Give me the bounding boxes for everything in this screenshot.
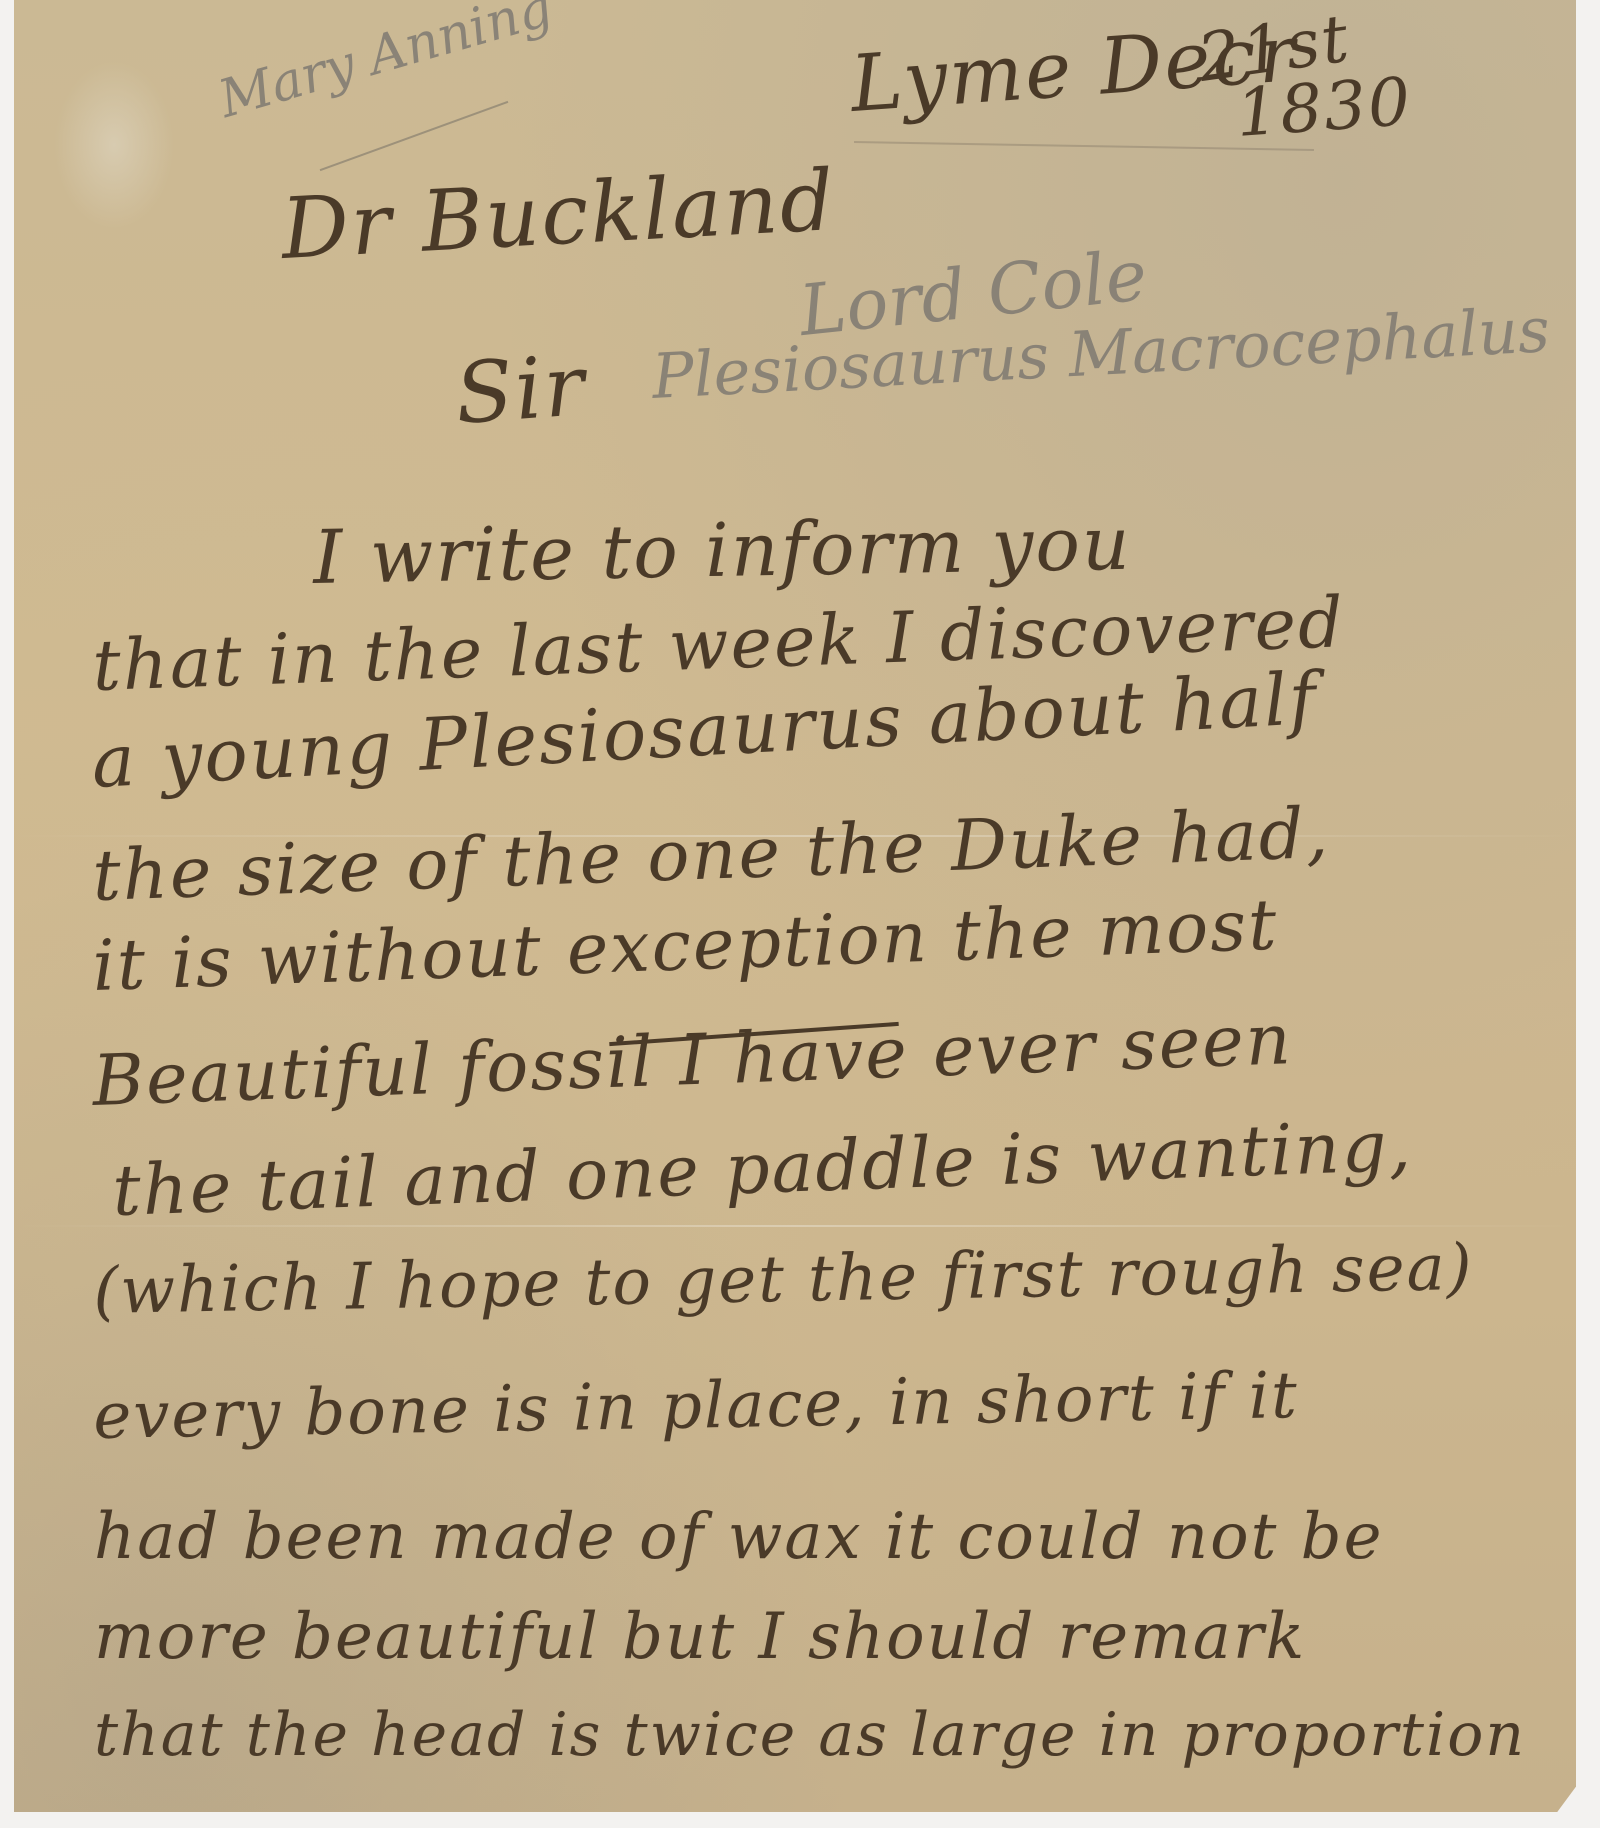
greeting: Sir: [452, 336, 589, 443]
body-line-12: that the head is twice as large in propo…: [94, 1700, 1526, 1770]
body-line-1: I write to inform you: [312, 501, 1132, 601]
body-line-9: every bone is in place, in short if it: [93, 1359, 1300, 1454]
body-line-6: Beautiful fossil I have ever seen: [91, 998, 1294, 1122]
pencil-author-note: Mary Anning: [212, 0, 558, 130]
body-line-11: more beautiful but I should remark: [94, 1600, 1306, 1674]
letter-paper: Mary Anning Lyme Decr 21st 1830 Dr Buckl…: [14, 0, 1576, 1812]
addressee: Dr Buckland: [279, 151, 838, 278]
body-line-7: the tail and one paddle is wanting,: [111, 1105, 1414, 1232]
letter-year: 1830: [1234, 63, 1415, 152]
body-line-8: (which I hope to get the first rough sea…: [93, 1231, 1475, 1329]
seal-stain: [54, 60, 174, 230]
body-line-10: had been made of wax it could not be: [94, 1500, 1384, 1574]
pencil-underline: [320, 101, 509, 171]
